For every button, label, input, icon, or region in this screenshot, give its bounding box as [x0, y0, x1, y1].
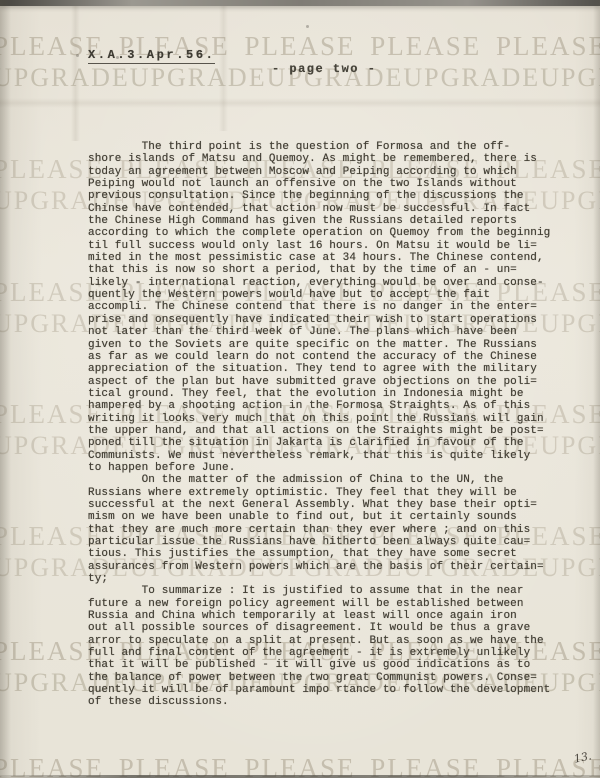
paragraph-summary: To summarize : It is justified to assume… [88, 585, 568, 708]
watermark-please-text: PLEASE [244, 31, 355, 63]
watermark-upgrade-text: UPGRADE [403, 63, 540, 95]
document-body: The third point is the question of Formo… [88, 141, 568, 709]
document-reference: X.A.3.Apr.56. [88, 48, 215, 64]
paper-crease-horizontal [0, 98, 600, 108]
paragraph-un-admission: On the matter of the admission of China … [88, 474, 568, 585]
watermark-upgrade-text: UPGRADE [130, 63, 267, 95]
paper-crease-vertical [71, 6, 80, 141]
watermark-please-text: PLEASE [370, 31, 481, 63]
watermark-upgrade-text: UPGRADE [0, 63, 130, 95]
paragraph-formosa: The third point is the question of Formo… [88, 141, 568, 474]
page-number-label: - page two - [272, 62, 376, 76]
paper-crease-vertical [219, 6, 228, 131]
watermark-upgrade-text: UPGRADE [540, 63, 600, 95]
scanned-page: PLEASEPLEASEPLEASEPLEASEPLEASE UPGRADEUP… [0, 0, 600, 778]
scan-edge-right [593, 0, 600, 778]
watermark-please-text: PLEASE [496, 31, 600, 63]
speck [306, 25, 309, 28]
scan-edge-left [0, 0, 11, 778]
scan-edge-top [0, 0, 600, 6]
